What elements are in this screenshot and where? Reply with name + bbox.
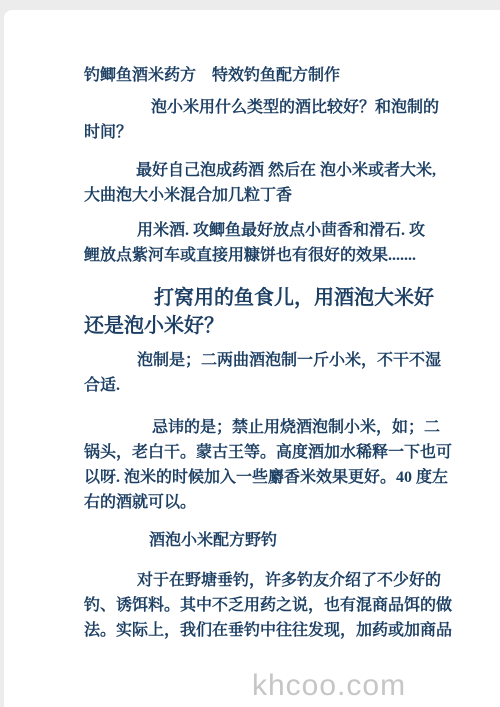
section-heading-sub: 酒泡小米配方野钓 [84, 528, 484, 553]
section-heading-big: 打窝用的鱼食儿，用酒泡大米好 还是泡小米好？ [84, 284, 484, 340]
page-content: 钓鲫鱼酒米药方 特效钓鱼配方制作 泡小米用什么类型的酒比较好？和泡制的 时间？ … [84, 63, 484, 701]
paragraph-answer-4: 忌讳的是；禁止用烧酒泡制小米，如；二 锅头，老白干。蒙古王等。高度酒加水稀释一下… [84, 415, 484, 515]
watermark-khcoo: khcoo.com [252, 671, 484, 701]
paragraph-question-1: 泡小米用什么类型的酒比较好？和泡制的 时间？ [84, 95, 484, 145]
document-page: 钓鲫鱼酒米药方 特效钓鱼配方制作 泡小米用什么类型的酒比较好？和泡制的 时间？ … [0, 0, 500, 707]
document-title: 钓鲫鱼酒米药方 特效钓鱼配方制作 [84, 63, 484, 88]
page-sheet: 钓鲫鱼酒米药方 特效钓鱼配方制作 泡小米用什么类型的酒比较好？和泡制的 时间？ … [4, 10, 500, 707]
paragraph-answer-3: 泡制是；二两曲酒泡制一斤小米，不干不湿 合适. [84, 348, 484, 398]
paragraph-answer-5: 对于在野塘垂钓，许多钓友介绍了不少好的 钓、诱饵料。其中不乏用药之说，也有混商品… [84, 568, 484, 643]
paragraph-answer-2: 用米酒. 攻鲫鱼最好放点小茴香和滑石. 攻 鲤放点紫河车或直接用糠饼也有很好的效… [84, 218, 484, 268]
paragraph-answer-1: 最好自己泡成药酒 然后在 泡小米或者大米, 大曲泡大小米混合加几粒丁香 [84, 158, 484, 208]
